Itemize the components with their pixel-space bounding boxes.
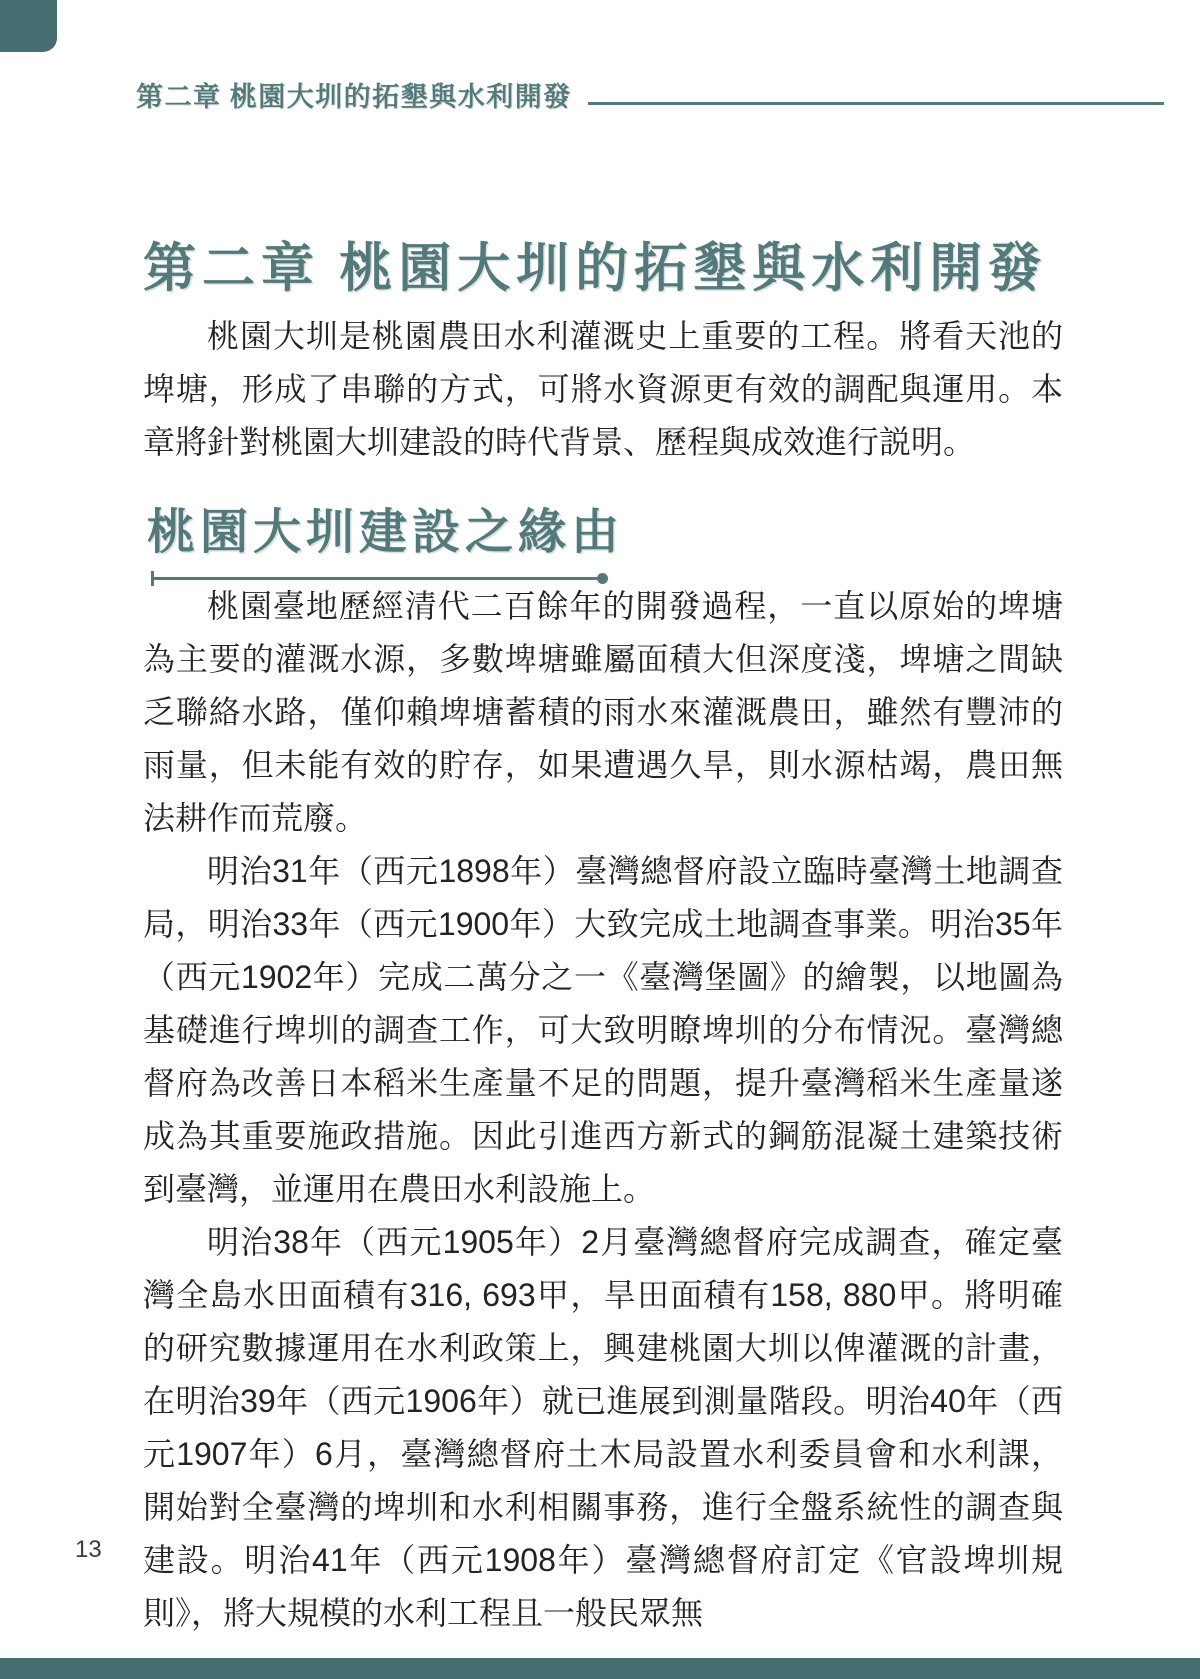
- underline-end-dot: [597, 573, 608, 584]
- page-number: 13: [75, 1536, 102, 1565]
- chapter-title: 第二章 桃園大圳的拓墾與水利開發: [143, 239, 1103, 300]
- body-paragraph: 明治38年（西元1905年）2月臺灣總督府完成調查，確定臺灣全島水田面積有316…: [143, 1216, 1063, 1640]
- corner-decoration: [0, 0, 57, 52]
- footer-bar-decoration: [0, 1658, 1200, 1679]
- underline-left-tick: [151, 571, 154, 586]
- section-heading: 桃園大圳建設之緣由: [147, 505, 1063, 561]
- running-header-text: 第二章 桃園大圳的拓墾與水利開發: [136, 82, 572, 113]
- intro-paragraph: 桃園大圳是桃園農田水利灌溉史上重要的工程。將看天池的埤塘，形成了串聯的方式，可將…: [143, 310, 1063, 469]
- body-content: 桃園大圳是桃園農田水利灌溉史上重要的工程。將看天池的埤塘，形成了串聯的方式，可將…: [143, 310, 1063, 1640]
- body-paragraph: 桃園臺地歷經清代二百餘年的開發過程，一直以原始的埤塘為主要的灌溉水源，多數埤塘雖…: [143, 580, 1063, 845]
- section-heading-underline: [151, 577, 605, 580]
- running-header-rule: [588, 102, 1164, 105]
- running-header: 第二章 桃園大圳的拓墾與水利開發: [136, 82, 1164, 113]
- body-paragraph: 明治31年（西元1898年）臺灣總督府設立臨時臺灣土地調查局，明治33年（西元1…: [143, 845, 1063, 1216]
- book-page: { "page": { "running_header": "第二章 桃園大圳的…: [0, 0, 1200, 1679]
